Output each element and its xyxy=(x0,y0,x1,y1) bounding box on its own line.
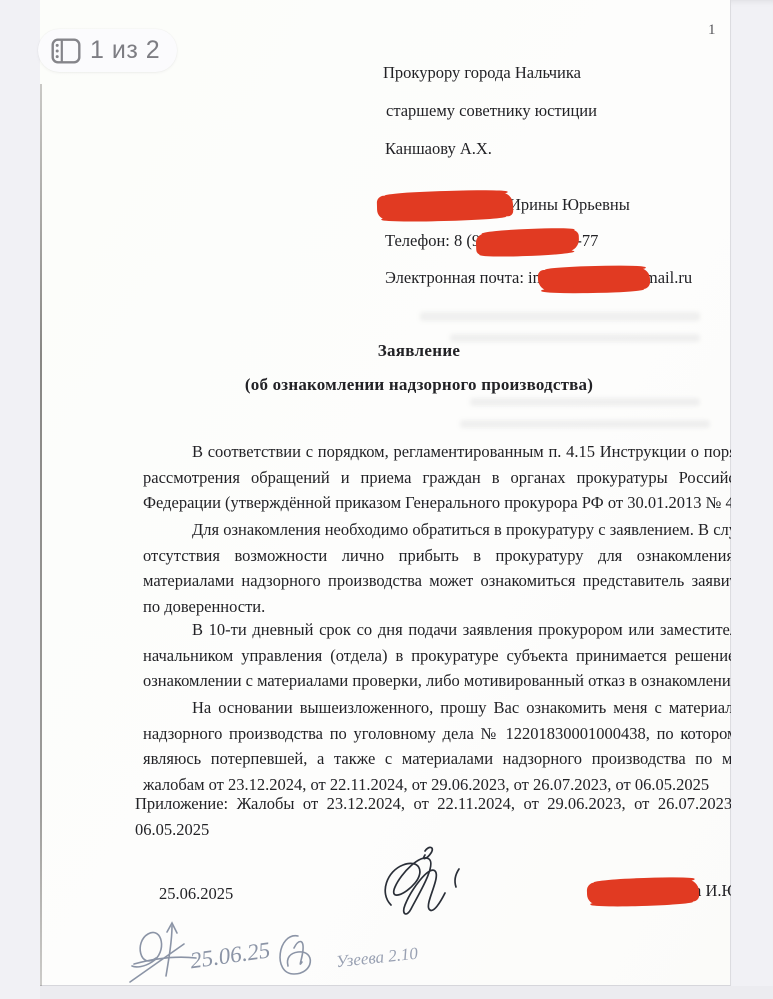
document-title: Заявление xyxy=(143,341,695,361)
page-number: 1 xyxy=(708,22,716,39)
redaction-mark-name xyxy=(377,192,514,220)
signature-icon xyxy=(373,843,483,921)
attachment-line: Приложение: Жалобы от 23.12.2024, от 22.… xyxy=(135,791,760,842)
bleedthrough-ghost xyxy=(420,312,700,321)
addressee-line-3: Каншаову А.Х. xyxy=(385,139,492,159)
paragraph: В соответствии с порядком, регламентиров… xyxy=(143,439,760,516)
addressee-line-2: старшему советнику юстиции xyxy=(386,101,597,121)
redaction-mark-email xyxy=(538,268,650,291)
page-indicator-label: 1 из 2 xyxy=(90,36,160,65)
addressee-line-1: Прокурору города Нальчика xyxy=(383,63,581,83)
email-suffix: mail.ru xyxy=(645,268,692,287)
page-thumbnails-icon xyxy=(51,38,81,64)
applicant-name-suffix: Ирины Юрьевны xyxy=(509,195,630,214)
email-line: Электронная почта: inmail.ru xyxy=(385,268,692,290)
scanned-page: 1 Прокурору города Нальчика старшему сов… xyxy=(40,0,731,986)
viewer-background-strip xyxy=(731,0,773,999)
paragraph: На основании вышеизложенного, прошу Вас … xyxy=(143,695,760,797)
document-viewer: 1 Прокурору города Нальчика старшему сов… xyxy=(0,0,773,999)
handwritten-date: 25.06.25 xyxy=(188,937,271,973)
handwritten-note: 25.06.25 Узеева 2.10 xyxy=(126,918,456,990)
paragraph: Для ознакомления необходимо обратиться в… xyxy=(143,517,760,619)
handwritten-name: Узеева 2.10 xyxy=(335,944,419,972)
page-indicator-pill[interactable]: 1 из 2 xyxy=(38,29,177,72)
bleedthrough-ghost xyxy=(460,420,710,428)
redaction-mark-signer xyxy=(587,879,700,905)
document-date: 25.06.2025 xyxy=(159,884,233,904)
scan-edge-shadow xyxy=(40,84,42,986)
signer-line: а И.Ю. xyxy=(587,881,743,903)
email-prefix: Электронная почта: in xyxy=(385,268,541,287)
bleedthrough-ghost xyxy=(470,398,700,406)
applicant-name-line: Ирины Юрьевны xyxy=(377,194,630,218)
redaction-mark-phone xyxy=(476,230,580,255)
phone-prefix: Телефон: 8 (9 xyxy=(385,231,480,250)
phone-line: Телефон: 8 (96-77 xyxy=(385,231,598,253)
paragraph: В 10-ти дневный срок со дня подачи заявл… xyxy=(143,617,760,694)
document-subtitle: (об ознакомлении надзорного производства… xyxy=(143,375,695,395)
